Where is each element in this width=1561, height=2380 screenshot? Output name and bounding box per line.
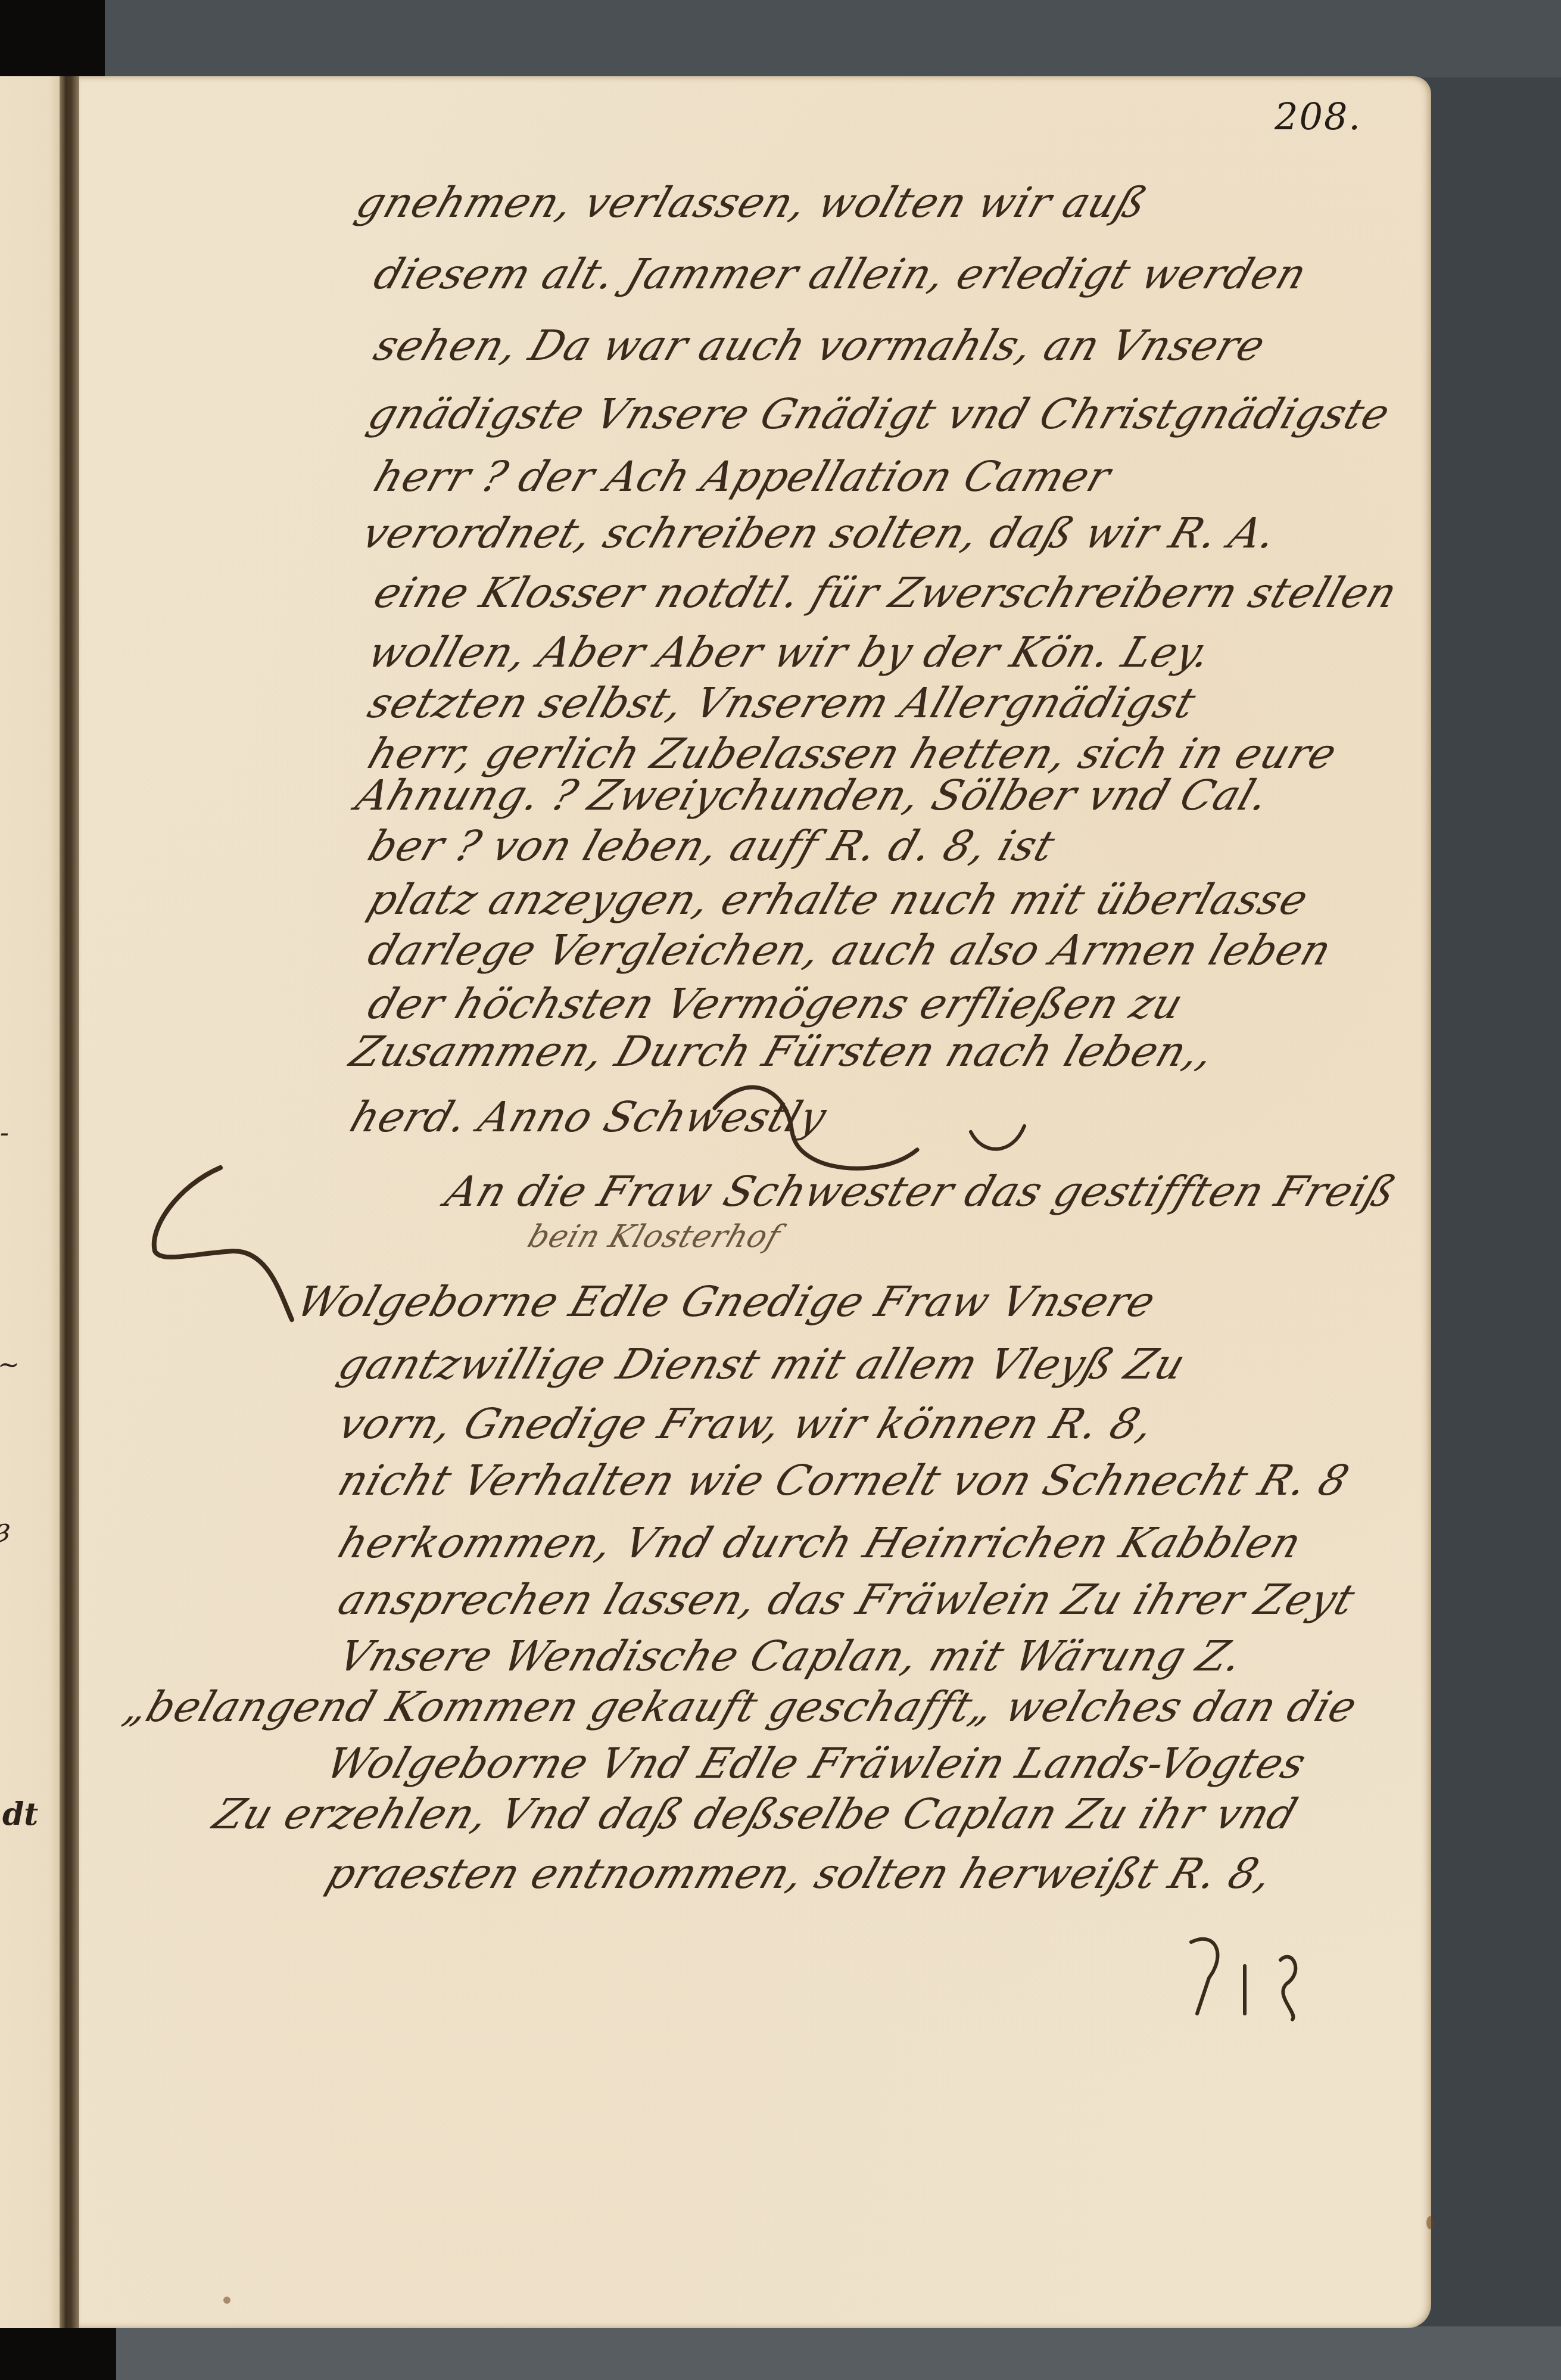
manuscript-line: Zusammen, Durch Fürsten nach leben,, (345, 1031, 1220, 1072)
manuscript-line: Wolgeborne Vnd Edle Fräwlein Lands-Vogte… (322, 1743, 1311, 1784)
address-line: An die Fraw Schwester das gestifften Fre… (441, 1171, 1401, 1212)
address-subline: bein Klosterhof (524, 1221, 784, 1252)
manuscript-line: platz anzeygen, erhalte nuch mit überlas… (363, 879, 1313, 920)
manuscript-line: Zu erzehlen, Vnd daß deßselbe Caplan Zu … (208, 1793, 1303, 1835)
manuscript-line: herd. Anno Schwestly (345, 1096, 832, 1138)
manuscript-line: eine Klosser notdtl. für Zwerschreibern … (369, 572, 1403, 614)
manuscript-line: ansprechen lassen, das Fräwlein Zu ihrer… (334, 1579, 1360, 1620)
manuscript-line: vorn, Gnedige Fraw, wir können R. 8, (334, 1403, 1160, 1445)
verso-margin-mark: ȝ (0, 1516, 10, 1542)
book-cover-top (0, 0, 105, 77)
salutation-line: Wolgeborne Edle Gnedige Fraw Vnsere (292, 1281, 1161, 1323)
manuscript-line: diesem alt. Jammer allein, erledigt werd… (369, 253, 1312, 295)
folio-number: 208. (1275, 98, 1361, 135)
book-gutter (60, 76, 81, 2328)
verso-page-edge (0, 76, 62, 2328)
scan-backdrop-bottom (116, 2326, 1561, 2380)
manuscript-line: Ahnung. ? Zweiychunden, Sölber vnd Cal. (351, 774, 1275, 816)
manuscript-line: wollen, Aber Aber wir by der Kön. Ley. (363, 631, 1217, 673)
manuscript-line: herr ? der Ach Appellation Camer (369, 456, 1116, 497)
manuscript-line: Vnsere Wendische Caplan, mit Wärung Z. (334, 1635, 1248, 1677)
scan-backdrop-top (105, 0, 1561, 77)
manuscript-line: darlege Vergleichen, auch also Armen leb… (363, 929, 1336, 971)
verso-margin-mark: ~ (0, 1352, 20, 1379)
paper-stain (1426, 2216, 1434, 2229)
manuscript-line: gnädigste Vnsere Gnädigt vnd Christgnädi… (363, 393, 1395, 435)
manuscript-line: gnehmen, verlassen, wolten wir auß (351, 182, 1152, 223)
manuscript-line: der höchsten Vermögens erfließen zu (363, 983, 1189, 1025)
paper-stain (223, 2297, 230, 2304)
manuscript-line: ber ? von leben, auff R. d. 8, ist (363, 825, 1060, 867)
manuscript-line: sehen, Da war auch vormahls, an Vnsere (369, 325, 1270, 366)
verso-margin-mark: dt (2, 1799, 38, 1830)
manuscript-line: praesten entnommen, solten herweißt R. 8… (322, 1853, 1278, 1894)
manuscript-line: herkommen, Vnd durch Heinrichen Kabblen (334, 1522, 1307, 1564)
manuscript-line: nicht Verhalten wie Cornelt von Schnecht… (334, 1460, 1354, 1501)
manuscript-line: setzten selbst, Vnserem Allergnädigst (363, 682, 1201, 724)
verso-margin-mark: - (0, 1120, 9, 1146)
manuscript-line: verordnet, schreiben solten, daß wir R. … (357, 512, 1282, 554)
manuscript-line: gantzwillige Dienst mit allem Vleyß Zu (334, 1343, 1191, 1385)
manuscript-line: herr, gerlich Zubelassen hetten, sich in… (363, 733, 1342, 774)
manuscript-line: „belangend Kommen gekauft geschafft„ wel… (119, 1686, 1362, 1728)
book-cover-bottom (0, 2326, 116, 2380)
